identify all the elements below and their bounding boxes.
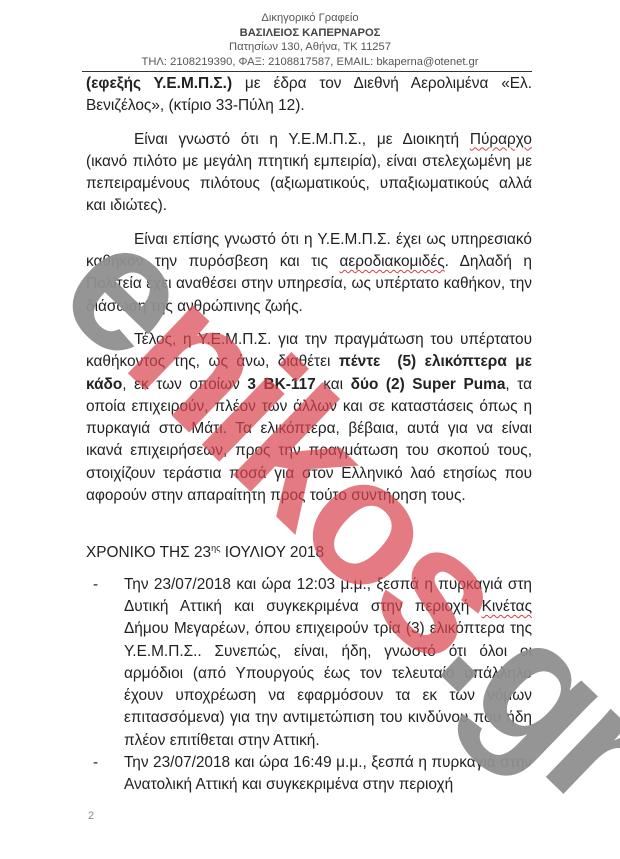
paragraph-text: (ικανό πιλότο με μεγάλη πτητική εμπειρία… bbox=[86, 153, 532, 215]
letterhead: Δικηγορικό Γραφείο ΒΑΣΙΛΕΙΟΣ ΚΑΠΕΡΝΑΡΟΣ … bbox=[60, 11, 560, 69]
heading-text: ΧΡΟΝΙΚΟ ΤΗΣ 23 bbox=[86, 544, 211, 561]
paragraph-text: , τα οποία επιχειρούν, πλέον των άλλων κ… bbox=[86, 376, 532, 504]
item-text: Δήμου Μεγαρέων, όπου επιχειρούν τρία (3)… bbox=[124, 620, 532, 748]
paragraph-3: Είναι επίσης γνωστό ότι η Υ.Ε.Μ.Π.Σ. έχε… bbox=[86, 229, 532, 318]
letterhead-contact: ΤΗΛ: 2108219390, ΦΑΞ: 2108817587, EMAIL:… bbox=[60, 55, 560, 70]
item-text: Την 23/07/2018 και ώρα 16:49 μ.μ., ξεσπά… bbox=[124, 754, 532, 793]
bold-lead: (εφεξής Υ.Ε.Μ.Π.Σ.) bbox=[86, 75, 232, 92]
item-text: Την 23/07/2018 και ώρα 12:03 μ.μ., ξεσπά… bbox=[124, 576, 532, 615]
paragraph-1: (εφεξής Υ.Ε.Μ.Π.Σ.) με έδρα τον Διεθνή Α… bbox=[86, 73, 532, 118]
list-item: -Την 23/07/2018 και ώρα 12:03 μ.μ., ξεσπ… bbox=[86, 574, 532, 752]
chronicle-list: -Την 23/07/2018 και ώρα 12:03 μ.μ., ξεσπ… bbox=[86, 574, 532, 797]
header-divider bbox=[82, 71, 532, 72]
document-body: (εφεξής Υ.Ε.Μ.Π.Σ.) με έδρα τον Διεθνή Α… bbox=[86, 73, 532, 797]
letterhead-address: Πατησίων 130, Αθήνα, ΤΚ 11257 bbox=[60, 40, 560, 55]
spellcheck-word: Πύραρχο bbox=[470, 131, 532, 148]
list-item: -Την 23/07/2018 και ώρα 16:49 μ.μ., ξεσπ… bbox=[86, 752, 532, 797]
paragraph-text: και bbox=[316, 376, 351, 393]
page-number: 2 bbox=[88, 810, 94, 822]
paragraph-2: Είναι γνωστό ότι η Υ.Ε.Μ.Π.Σ., με Διοικη… bbox=[86, 129, 532, 218]
paragraph-text: Είναι γνωστό ότι η Υ.Ε.Μ.Π.Σ., με Διοικη… bbox=[134, 131, 470, 148]
bold-text: 3 ΒΚ-117 bbox=[247, 376, 315, 393]
document-page: Δικηγορικό Γραφείο ΒΑΣΙΛΕΙΟΣ ΚΑΠΕΡΝΑΡΟΣ … bbox=[0, 0, 620, 859]
dash-bullet: - bbox=[93, 752, 98, 774]
dash-bullet: - bbox=[93, 574, 98, 596]
letterhead-name: ΒΑΣΙΛΕΙΟΣ ΚΑΠΕΡΝΑΡΟΣ bbox=[60, 26, 560, 41]
paragraph-4: Τέλος, η Υ.Ε.Μ.Π.Σ. για την πραγμάτωση τ… bbox=[86, 329, 532, 507]
chronicle-heading: ΧΡΟΝΙΚΟ ΤΗΣ 23ης ΙΟΥΛΙΟΥ 2018 bbox=[86, 537, 532, 564]
letterhead-office: Δικηγορικό Γραφείο bbox=[60, 11, 560, 26]
spellcheck-word: αεροδιακομιδές bbox=[340, 253, 445, 270]
heading-text: ΙΟΥΛΙΟΥ 2018 bbox=[220, 544, 324, 561]
bold-text: δύο (2) Super Puma bbox=[351, 376, 506, 393]
spellcheck-word: Κινέτας bbox=[482, 598, 532, 615]
paragraph-text: , εκ των οποίων bbox=[122, 376, 247, 393]
